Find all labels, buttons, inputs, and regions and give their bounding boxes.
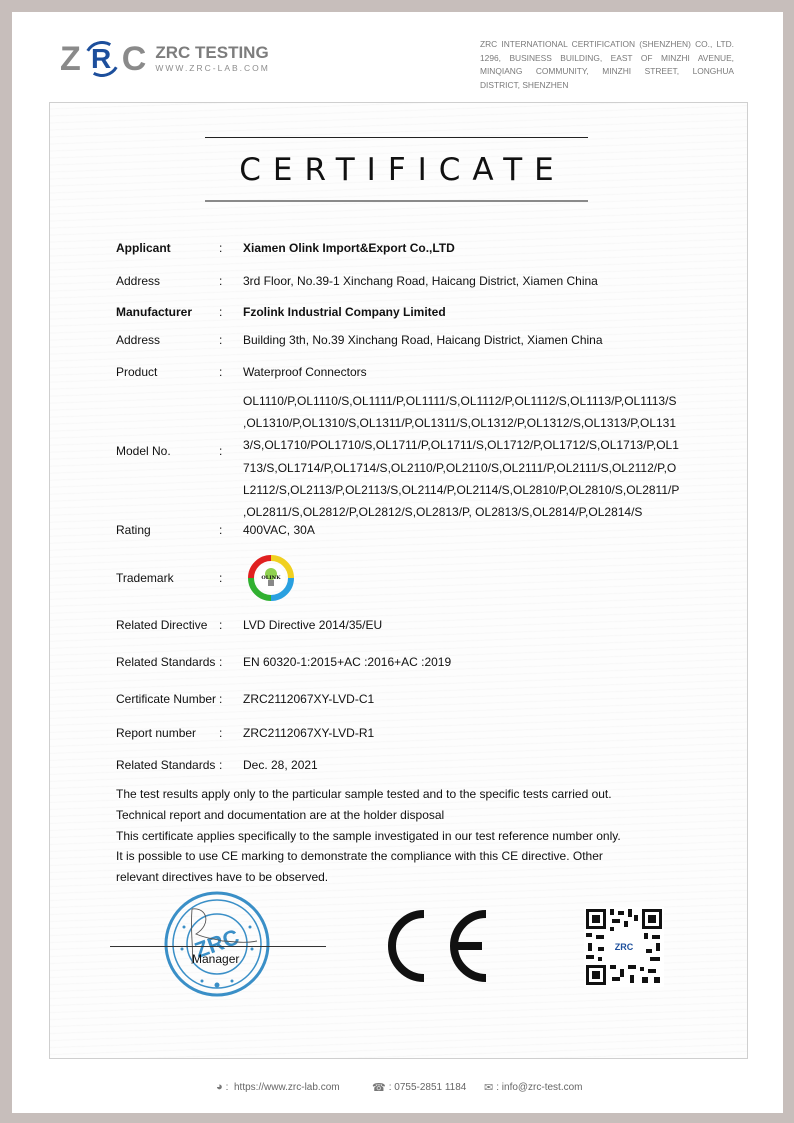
colon: : xyxy=(219,618,222,632)
email-link[interactable]: info@zrc-test.com xyxy=(502,1082,583,1093)
manufacturer-address-label: Address xyxy=(116,333,160,347)
certificate-number-value: ZRC2112067XY-LVD-C1 xyxy=(243,692,374,706)
model-line: L2112/S,OL2113/P,OL2113/S,OL2114/P,OL211… xyxy=(243,479,683,501)
colon: : xyxy=(219,365,222,379)
colon: : xyxy=(219,444,222,458)
logo-url: WWW.ZRC-LAB.COM xyxy=(155,62,270,74)
model-line: 713/S,OL1714/P,OL1714/S,OL2110/P,OL2110/… xyxy=(243,457,683,479)
model-line: ,OL1310/P,OL1310/S,OL1311/P,OL1311/S,OL1… xyxy=(243,412,683,434)
colon: : xyxy=(219,523,222,537)
zrc-stamp-icon: ZRC xyxy=(162,889,272,999)
phone-icon: ☎ xyxy=(372,1081,386,1094)
colon: : xyxy=(219,274,222,288)
company-address-line: ZRC INTERNATIONAL CERTIFICATION (SHENZHE… xyxy=(480,38,734,52)
date-label: Related Standards xyxy=(116,758,215,772)
manufacturer-address-value: Building 3th, No.39 Xinchang Road, Haica… xyxy=(243,333,603,347)
rating-label: Rating xyxy=(116,523,151,537)
svg-text:ZRC: ZRC xyxy=(615,942,634,952)
logo-letter-c: C xyxy=(122,40,148,79)
company-address-line: DISTRICT, SHENZHEN xyxy=(480,79,734,93)
applicant-address-label: Address xyxy=(116,274,160,288)
footer-website: ◕ : https://www.zrc-lab.com xyxy=(216,1081,340,1093)
title-rule-top xyxy=(205,137,588,138)
separator: : xyxy=(389,1082,392,1093)
directive-value: LVD Directive 2014/35/EU xyxy=(243,618,382,632)
report-number-label: Report number xyxy=(116,726,196,740)
mail-icon: ✉ xyxy=(484,1081,493,1094)
colon: : xyxy=(219,241,222,255)
separator: : xyxy=(496,1082,499,1093)
logo-r-ring-icon: R xyxy=(80,37,124,81)
applicant-value: Xiamen Olink Import&Export Co.,LTD xyxy=(243,241,455,255)
colon: : xyxy=(219,758,222,772)
note-line: This certificate applies specifically to… xyxy=(116,826,621,847)
note-line: The test results apply only to the parti… xyxy=(116,784,621,805)
website-link[interactable]: https://www.zrc-lab.com xyxy=(234,1082,340,1093)
manufacturer-label: Manufacturer xyxy=(116,305,192,319)
model-line: 3/S,OL1710/POL1710/S,OL1711/P,OL1711/S,O… xyxy=(243,434,683,456)
company-address-line: MINQIANG COMMUNITY, MINZHI STREET, LONGH… xyxy=(480,65,734,79)
certificate-title: CERTIFICATE xyxy=(205,152,588,188)
model-label: Model No. xyxy=(116,444,171,458)
date-value: Dec. 28, 2021 xyxy=(243,758,318,772)
model-line: OL1110/P,OL1110/S,OL1111/P,OL1111/S,OL11… xyxy=(243,390,683,412)
svg-text:OLINK: OLINK xyxy=(261,575,281,581)
company-address-line: 1296, BUSINESS BUILDING, EAST OF MINZHI … xyxy=(480,52,734,66)
standards-value: EN 60320-1:2015+AC :2016+AC :2019 xyxy=(243,655,451,669)
globe-icon: ◕ xyxy=(216,1081,223,1093)
colon: : xyxy=(219,571,222,585)
rating-value: 400VAC, 30A xyxy=(243,523,315,537)
model-list: OL1110/P,OL1110/S,OL1111/P,OL1111/S,OL11… xyxy=(243,390,683,523)
signatory-role: Manager xyxy=(192,952,239,966)
zrc-logo: Z R C ZRC TESTING WWW.ZRC-LAB.COM xyxy=(60,41,270,77)
manufacturer-value: Fzolink Industrial Company Limited xyxy=(243,305,446,319)
note-line: Technical report and documentation are a… xyxy=(116,805,621,826)
phone-number: 0755-2851 1184 xyxy=(394,1082,466,1093)
colon: : xyxy=(219,305,222,319)
footer-email: ✉ : info@zrc-test.com xyxy=(484,1081,583,1094)
colon: : xyxy=(219,333,222,347)
logo-letter-z: Z xyxy=(60,40,82,79)
trademark-label: Trademark xyxy=(116,571,174,585)
ce-mark-icon xyxy=(388,910,490,982)
footer-phone: ☎ : 0755-2851 1184 xyxy=(372,1081,466,1094)
applicant-label: Applicant xyxy=(116,241,171,255)
separator: : xyxy=(226,1082,229,1093)
colon: : xyxy=(219,655,222,669)
colon: : xyxy=(219,726,222,740)
report-number-value: ZRC2112067XY-LVD-R1 xyxy=(243,726,374,740)
logo-name: ZRC TESTING xyxy=(155,44,270,62)
logo-letter-r: R xyxy=(91,43,112,75)
model-line: ,OL2811/S,OL2812/P,OL2812/S,OL2813/P, OL… xyxy=(243,501,683,523)
directive-label: Related Directive xyxy=(116,618,207,632)
product-label: Product xyxy=(116,365,157,379)
product-value: Waterproof Connectors xyxy=(243,365,367,379)
certificate-number-label: Certificate Number xyxy=(116,692,216,706)
title-rule-bottom xyxy=(205,200,588,202)
logo-mark: Z R C xyxy=(60,40,147,79)
note-line: relevant directives have to be observed. xyxy=(116,867,621,888)
olink-trademark-icon: OLINK xyxy=(247,554,295,602)
company-address: ZRC INTERNATIONAL CERTIFICATION (SHENZHE… xyxy=(480,38,734,92)
standards-label: Related Standards xyxy=(116,655,215,669)
applicant-address-value: 3rd Floor, No.39-1 Xinchang Road, Haican… xyxy=(243,274,598,288)
signature-line xyxy=(110,946,326,947)
note-line: It is possible to use CE marking to demo… xyxy=(116,846,621,867)
qr-code-icon[interactable]: ZRC xyxy=(584,907,664,987)
certificate-notes: The test results apply only to the parti… xyxy=(116,784,621,888)
colon: : xyxy=(219,692,222,706)
